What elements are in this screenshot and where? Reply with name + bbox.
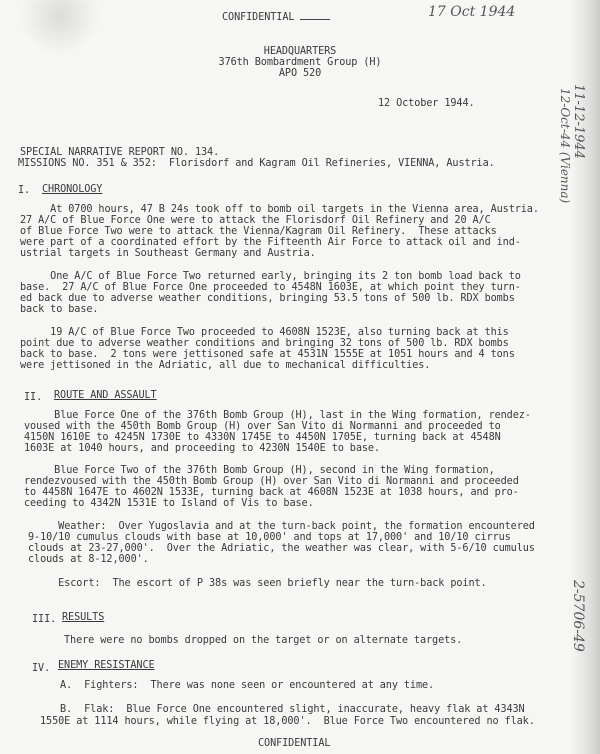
chronology-line: were jettisoned in the Adriatic, all due… [20,360,430,373]
weather-line: clouds at 8-12,000'. [28,554,149,567]
flak-line: 1550E at 1114 hours, while flying at 18,… [40,716,535,729]
classification-top: CONFIDENTIAL [222,12,294,25]
escort-line: Escort: The escort of P 38s was seen bri… [28,578,487,591]
section-heading-chronology: CHRONOLOGY [42,184,102,197]
chronology-line: ustrial targets in Southeast Germany and… [20,248,316,261]
missions-line: MISSIONS NO. 351 & 352: Florisdorf and K… [18,158,495,171]
strike-mark [300,19,330,20]
section-heading-results: RESULTS [62,612,104,625]
fighters-line: A. Fighters: There was none seen or enco… [60,680,434,693]
section-heading-enemy: ENEMY RESISTANCE [58,660,155,673]
margin-note-date: 11-12-1944 [571,84,586,159]
document-page: CONFIDENTIAL 17 Oct 1944 HEADQUARTERS 37… [0,0,600,754]
results-text: There were no bombs dropped on the targe… [64,635,462,648]
section-heading-route: ROUTE AND ASSAULT [54,390,157,403]
apo-number: APO 520 [150,68,450,81]
classification-bottom: CONFIDENTIAL [258,738,330,751]
section-number-3: III. [32,614,56,627]
route-line: 1603E at 1040 hours, and proceeding to 4… [24,443,380,456]
flak-line: B. Flak: Blue Force One encountered slig… [60,704,525,717]
section-number-1: I. [18,185,30,198]
handwritten-date: 17 Oct 1944 [428,4,515,20]
margin-note-vienna: 12-Oct-44 (Vienna) [558,88,572,203]
section-number-2: II. [24,392,42,405]
section-number-4: IV. [32,663,50,676]
report-date: 12 October 1944. [378,98,475,111]
chronology-line: back to base. [20,304,98,317]
route-line: ceeding to 4342N 1531E to Island of Vis … [24,498,314,511]
margin-note-file-number: 2-5706-49 [570,580,586,652]
